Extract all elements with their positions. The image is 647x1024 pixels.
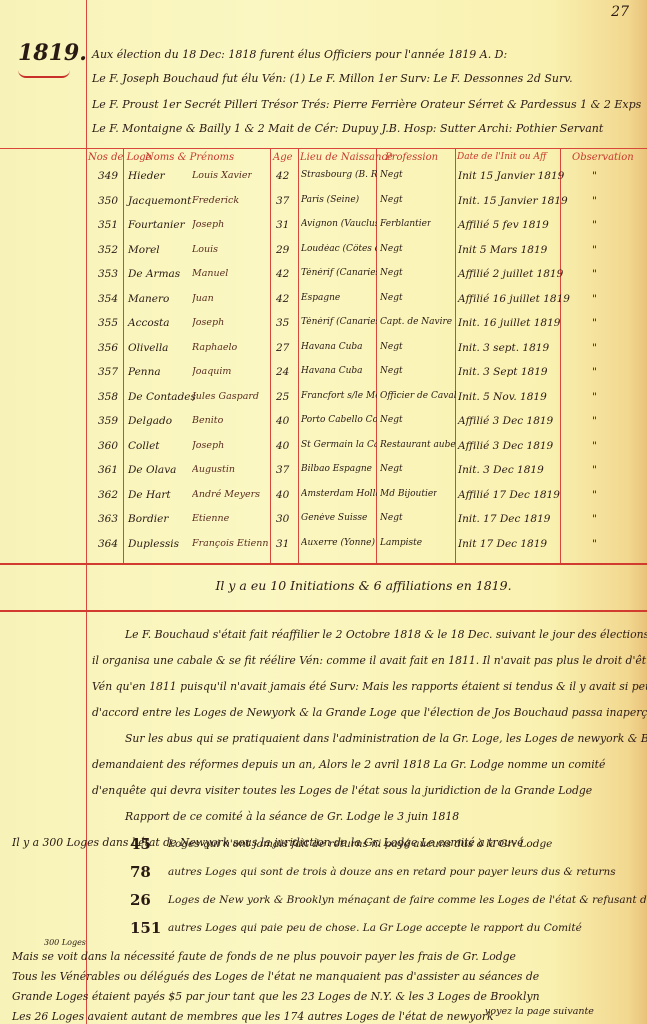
header-profession: Profession	[385, 152, 438, 163]
report-text: autres Loges qui sont de trois à douze a…	[168, 866, 616, 878]
birthplace: Genève Suisse	[301, 513, 367, 523]
surname: Hieder	[128, 170, 165, 182]
observation: "	[592, 317, 597, 329]
lodge-number: 355	[98, 317, 118, 329]
continued-note: voyez la page suivante	[485, 1006, 594, 1017]
header-names: Noms & Prénoms	[145, 152, 234, 163]
birthplace: Havana Cuba	[301, 366, 363, 376]
narrative-line: il organisa une cabale & se fit réélire …	[92, 654, 647, 667]
lodge-number: 364	[98, 538, 118, 550]
surname: Accosta	[128, 317, 170, 329]
birthplace: St Germain la Campagne (Eure)	[301, 440, 377, 450]
summary-line: Il y a eu 10 Initiations & 6 affiliation…	[0, 578, 647, 593]
profession-column-rule	[376, 148, 377, 563]
age-column-rule	[270, 148, 271, 563]
narrative-line: Sur les abus qui se pratiquaient dans l'…	[125, 732, 647, 745]
header-age: Age	[273, 152, 293, 163]
surname: De Hart	[128, 489, 171, 501]
birthplace: Bilbao Espagne	[301, 464, 372, 474]
header-date: Date de l'Init ou Aff	[457, 152, 546, 162]
obs-column-rule	[560, 148, 561, 563]
surname: Morel	[128, 244, 160, 256]
header-observation: Observation	[572, 152, 634, 163]
surname: Delgado	[128, 415, 172, 427]
profession: Negt	[380, 293, 403, 303]
intro-line: Le F. Joseph Bouchaud fut élu Vén: (1) L…	[92, 72, 573, 85]
observation: "	[592, 538, 597, 550]
date-column-rule	[455, 148, 456, 563]
report-text: Loges qui n'ont jamais fait de returns n…	[168, 838, 552, 850]
initiation-date: Init 5 Mars 1819	[458, 244, 547, 256]
profession: Negt	[380, 244, 403, 254]
profession: Negt	[380, 415, 403, 425]
lodge-number: 350	[98, 195, 118, 207]
narrative-line: d'enquête qui devra visiter toutes les L…	[92, 784, 592, 797]
surname: Collet	[128, 440, 160, 452]
profession: Officier de Cavalerie	[380, 391, 456, 401]
initiation-date: Init. 3 Dec 1819	[458, 464, 544, 476]
lodge-number: 351	[98, 219, 118, 231]
given-name: Frederick	[192, 195, 239, 206]
given-name: Joseph	[192, 440, 224, 451]
given-name: Juan	[192, 293, 214, 304]
initiation-date: Affilié 3 Dec 1819	[458, 415, 553, 427]
given-name: Raphaelo	[192, 342, 237, 353]
given-name: Joaquim	[192, 366, 231, 377]
surname: Duplessis	[128, 538, 179, 550]
lodge-number: 356	[98, 342, 118, 354]
header-birthplace: Lieu de Naissance	[300, 152, 393, 163]
initiation-date: Affilié 16 juillet 1819	[458, 293, 570, 305]
birthplace: Ténérif (Canaries)	[301, 317, 377, 327]
surname: Penna	[128, 366, 161, 378]
observation: "	[592, 440, 597, 452]
summary-bottom-rule	[0, 610, 647, 612]
closing-line: Les 26 Loges avaient autant de membres q…	[12, 1010, 494, 1023]
header-lodge-no: Nos de Loge	[88, 152, 152, 163]
surname: Olivella	[128, 342, 168, 354]
observation: "	[592, 268, 597, 280]
initiation-date: Init 17 Dec 1819	[458, 538, 547, 550]
initiation-date: Affilié 3 Dec 1819	[458, 440, 553, 452]
left-margin-rule	[86, 0, 87, 1024]
report-count: 45	[130, 835, 151, 853]
lodge-number: 358	[98, 391, 118, 403]
given-name: Jules Gaspard	[192, 391, 259, 402]
initiation-date: Init. 3 Sept 1819	[458, 366, 548, 378]
profession: Md Bijoutier	[380, 489, 437, 499]
given-name: Joseph	[192, 317, 224, 328]
observation: "	[592, 366, 597, 378]
age: 42	[276, 293, 289, 305]
age: 42	[276, 170, 289, 182]
given-name: Joseph	[192, 219, 224, 230]
profession: Ferblantier	[380, 219, 431, 229]
surname: De Olava	[128, 464, 176, 476]
age: 25	[276, 391, 289, 403]
birthplace: Havana Cuba	[301, 342, 363, 352]
profession: Lampiste	[380, 538, 422, 548]
age: 30	[276, 513, 289, 525]
initiation-date: Init. 5 Nov. 1819	[458, 391, 547, 403]
profession: Negt	[380, 513, 403, 523]
age: 40	[276, 415, 289, 427]
profession: Negt	[380, 170, 403, 180]
surname: Jacquemont	[128, 195, 191, 207]
birthplace: Espagne	[301, 293, 340, 303]
report-text: Loges de New york & Brooklyn ménaçant de…	[168, 894, 647, 906]
age: 27	[276, 342, 289, 354]
age: 29	[276, 244, 289, 256]
age: 37	[276, 464, 289, 476]
intro-line: Le F. Proust 1er Secrét Pilleri Trésor T…	[92, 98, 641, 111]
observation: "	[592, 513, 597, 525]
profession: Capt. de Navire	[380, 317, 452, 327]
lodge-number: 353	[98, 268, 118, 280]
report-count: 151	[130, 919, 161, 937]
name-column-rule	[123, 148, 124, 563]
observation: "	[592, 391, 597, 403]
narrative-line: demandaient des réformes depuis un an, A…	[92, 758, 605, 771]
observation: "	[592, 170, 597, 182]
profession: Negt	[380, 366, 403, 376]
lodge-number: 349	[98, 170, 118, 182]
surname: De Armas	[128, 268, 180, 280]
age: 40	[276, 440, 289, 452]
narrative-line: d'accord entre les Loges de Newyork & la…	[92, 706, 647, 719]
lodge-number: 359	[98, 415, 118, 427]
surname: Fourtanier	[128, 219, 185, 231]
given-name: Etienne	[192, 513, 229, 524]
age: 31	[276, 538, 289, 550]
initiation-date: Affilié 5 fev 1819	[458, 219, 549, 231]
observation: "	[592, 342, 597, 354]
age: 37	[276, 195, 289, 207]
lodge-number: 363	[98, 513, 118, 525]
initiation-date: Init. 16 juillet 1819	[458, 317, 560, 329]
given-name: Louis Xavier	[192, 170, 252, 181]
observation: "	[592, 195, 597, 207]
intro-line: Le F. Montaigne & Bailly 1 & 2 Mait de C…	[92, 122, 603, 135]
table-top-rule	[0, 148, 647, 149]
lodge-number: 360	[98, 440, 118, 452]
table-bottom-rule	[0, 563, 647, 565]
intro-line: Aux élection du 18 Dec: 1818 furent élus…	[92, 48, 507, 61]
given-name: Benito	[192, 415, 223, 426]
lodge-number: 362	[98, 489, 118, 501]
birthplace-column-rule	[298, 148, 299, 563]
observation: "	[592, 219, 597, 231]
birthplace: Auxerre (Yonne)	[301, 538, 375, 548]
initiation-date: Init. 3 sept. 1819	[458, 342, 549, 354]
closing-line: Tous les Vénérables ou délégués des Loge…	[12, 970, 539, 983]
surname: Bordier	[128, 513, 168, 525]
age: 40	[276, 489, 289, 501]
surname: De Contades	[128, 391, 196, 403]
surname: Manero	[128, 293, 169, 305]
narrative-line: Rapport de ce comité à la séance de Gr. …	[125, 810, 459, 823]
age: 42	[276, 268, 289, 280]
lodge-number: 354	[98, 293, 118, 305]
page-number: 27	[611, 4, 629, 20]
given-name: Augustin	[192, 464, 235, 475]
profession: Restaurant aubergiste	[380, 440, 456, 450]
age: 24	[276, 366, 289, 378]
birthplace: Loudéac (Côtes du Nord)	[301, 244, 377, 254]
given-name: André Meyers	[192, 489, 260, 500]
profession: Negt	[380, 195, 403, 205]
observation: "	[592, 489, 597, 501]
closing-line: Grande Loges étaient payés $5 par jour t…	[12, 990, 540, 1003]
report-text: autres Loges qui paie peu de chose. La G…	[168, 922, 582, 934]
birthplace: Porto Cabello Colombie	[301, 415, 377, 425]
initiation-date: Init. 17 Dec 1819	[458, 513, 550, 525]
year-heading: 1819.	[18, 40, 87, 66]
year-brace-underline	[18, 70, 70, 78]
initiation-date: Init 15 Janvier 1819	[458, 170, 564, 182]
closing-line: Mais se voit dans la nécessité faute de …	[12, 950, 516, 963]
birthplace: Ténérif (Canaries)	[301, 268, 377, 278]
age: 35	[276, 317, 289, 329]
initiation-date: Affilié 2 juillet 1819	[458, 268, 563, 280]
given-name: François Etienne	[192, 538, 268, 549]
initiation-date: Init. 15 Janvier 1819	[458, 195, 568, 207]
narrative-line: Le F. Bouchaud s'était fait réaffilier l…	[125, 628, 647, 641]
lodge-number: 357	[98, 366, 118, 378]
given-name: Louis	[192, 244, 218, 255]
birthplace: Paris (Seine)	[301, 195, 359, 205]
birthplace: Francfort s/le Mein Allemagne	[301, 391, 377, 401]
narrative-line: Vén qu'en 1811 puisqu'il n'avait jamais …	[92, 680, 647, 693]
birthplace: Amsterdam Hollande	[301, 489, 377, 499]
report-count: 78	[130, 863, 151, 881]
lodge-number: 361	[98, 464, 118, 476]
profession: Negt	[380, 268, 403, 278]
birthplace: Avignon (Vaucluse)	[301, 219, 377, 229]
profession: Negt	[380, 464, 403, 474]
observation: "	[592, 464, 597, 476]
lodge-number: 352	[98, 244, 118, 256]
initiation-date: Affilié 17 Dec 1819	[458, 489, 560, 501]
report-count: 26	[130, 891, 151, 909]
observation: "	[592, 415, 597, 427]
age: 31	[276, 219, 289, 231]
birthplace: Strasbourg (B. Rhin)	[301, 170, 377, 180]
margin-note: 300 Loges	[44, 938, 86, 947]
given-name: Manuel	[192, 268, 228, 279]
profession: Negt	[380, 342, 403, 352]
observation: "	[592, 293, 597, 305]
observation: "	[592, 244, 597, 256]
